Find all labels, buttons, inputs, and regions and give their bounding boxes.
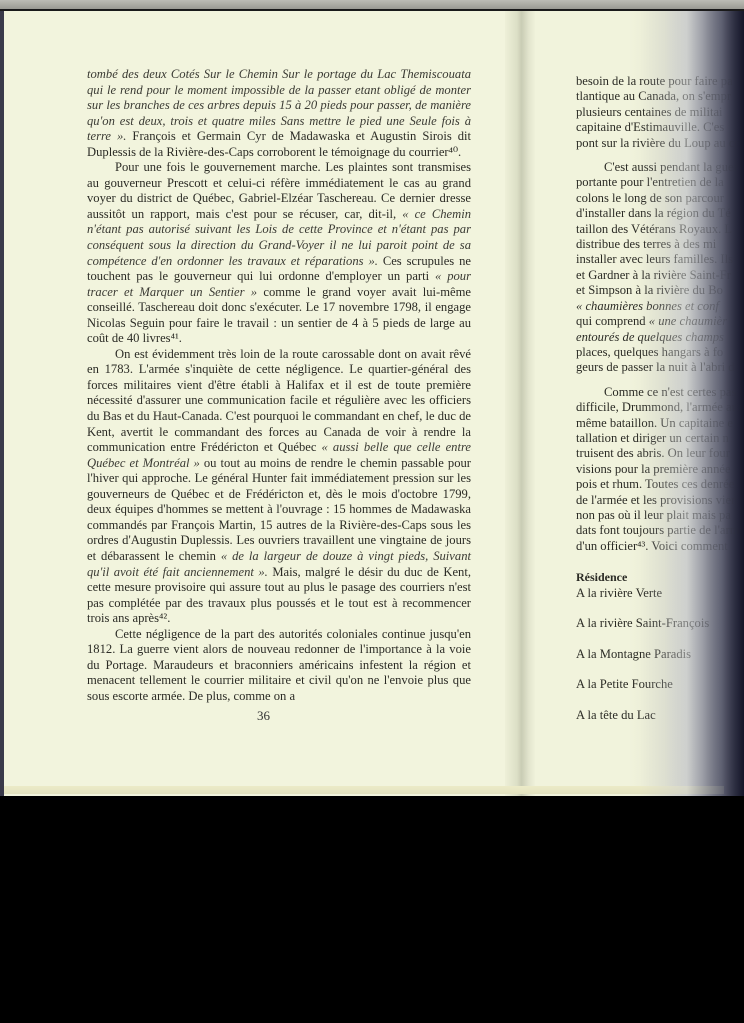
text-line: qui comprend « une chaumièr [576, 314, 744, 329]
text-line: C'est aussi pendant la guer [576, 160, 744, 175]
text-line: Comme ce n'est certes pas u [576, 385, 744, 400]
quoted-text: « une chaumièr [649, 314, 727, 328]
residence-item: A la tête du Lac [576, 708, 744, 739]
scan-left-edge [0, 11, 4, 796]
paragraph: tombé des deux Cotés Sur le Chemin Sur l… [87, 67, 471, 160]
text-line: d'installer dans la région du Té [576, 206, 744, 221]
quoted-text: entourés de quelques champs [576, 330, 724, 344]
text-line: « chaumières bonnes et conf [576, 299, 744, 314]
residence-item: A la Montagne Paradis [576, 647, 744, 678]
paragraph: Pour une fois le gouvernement marche. Le… [87, 160, 471, 347]
paragraph: Cette négligence de la part des autorité… [87, 627, 471, 705]
residence-item: A la Petite Fourche [576, 677, 744, 708]
scanner-top-edge [0, 0, 744, 11]
text-line: truisent des abris. On leur four [576, 446, 744, 461]
text-line: places, quelques hangars à fo [576, 345, 744, 360]
page-bottom-edge [4, 786, 724, 794]
text-line: d'un officier⁴³. Voici comment [576, 539, 744, 554]
text-line: tallation et diriger un certain n [576, 431, 744, 446]
text-line: colons le long de son parcour [576, 191, 744, 206]
text-line: et Gardner à la rivière Saint-Fr [576, 268, 744, 283]
text-run: Cette négligence de la part des autorité… [87, 627, 471, 703]
left-page-body-text: tombé des deux Cotés Sur le Chemin Sur l… [87, 67, 471, 704]
text-run: qui comprend [576, 314, 649, 328]
page-number: 36 [257, 708, 270, 724]
text-line: portante pour l'entretien de la [576, 175, 744, 190]
right-paragraph-3: Comme ce n'est certes pas udifficile, Dr… [576, 385, 744, 554]
text-line: difficile, Drummond, l'armée aura [576, 400, 744, 415]
text-line: et Simpson à la rivière du Bo [576, 283, 744, 298]
quoted-text: « chaumières bonnes et conf [576, 299, 719, 313]
text-line: visions pour la première année [576, 462, 744, 477]
text-line: plusieurs centaines de militai [576, 105, 744, 120]
text-run: ou tout au moins de rendre le chemin pas… [87, 456, 471, 563]
residence-item: A la rivière Verte [576, 586, 744, 617]
text-line: entourés de quelques champs [576, 330, 744, 345]
text-line: dats font toujours partie de l'arm [576, 523, 744, 538]
text-line: pois et rhum. Toutes ces denrée [576, 477, 744, 492]
residence-heading: Résidence [576, 570, 744, 585]
text-line: tlantique au Canada, on s'empr [576, 89, 744, 104]
book-gutter [505, 11, 535, 796]
text-run: On est évidemment très loin de la route … [87, 347, 471, 454]
text-line: besoin de la route pour faire pa [576, 74, 744, 89]
residence-item: A la rivière Saint-François [576, 616, 744, 647]
paragraph: On est évidemment très loin de la route … [87, 347, 471, 627]
residence-list: A la rivière VerteA la rivière Saint-Fra… [576, 586, 744, 739]
right-paragraph-1: besoin de la route pour faire patlantiqu… [576, 74, 744, 151]
text-line: capitaine d'Estimauville. C'es [576, 120, 744, 135]
text-line: même bataillon. Un capitaine e [576, 416, 744, 431]
text-line: pont sur la rivière du Loup au co [576, 136, 744, 151]
text-line: non pas où il leur plait mais pa [576, 508, 744, 523]
right-paragraph-2: C'est aussi pendant la guerportante pour… [576, 160, 744, 376]
text-line: taillon des Vétérans Royaux. L [576, 222, 744, 237]
text-line: de l'armée et les provisions vien [576, 493, 744, 508]
text-line: installer avec leurs familles. Ils [576, 252, 744, 267]
right-page-body-text: besoin de la route pour faire patlantiqu… [576, 74, 744, 738]
text-run: François et Germain Cyr de Madawaska et … [87, 129, 471, 159]
text-line: geurs de passer la nuit à l'abri d [576, 360, 744, 375]
text-line: distribue des terres à des mi [576, 237, 744, 252]
